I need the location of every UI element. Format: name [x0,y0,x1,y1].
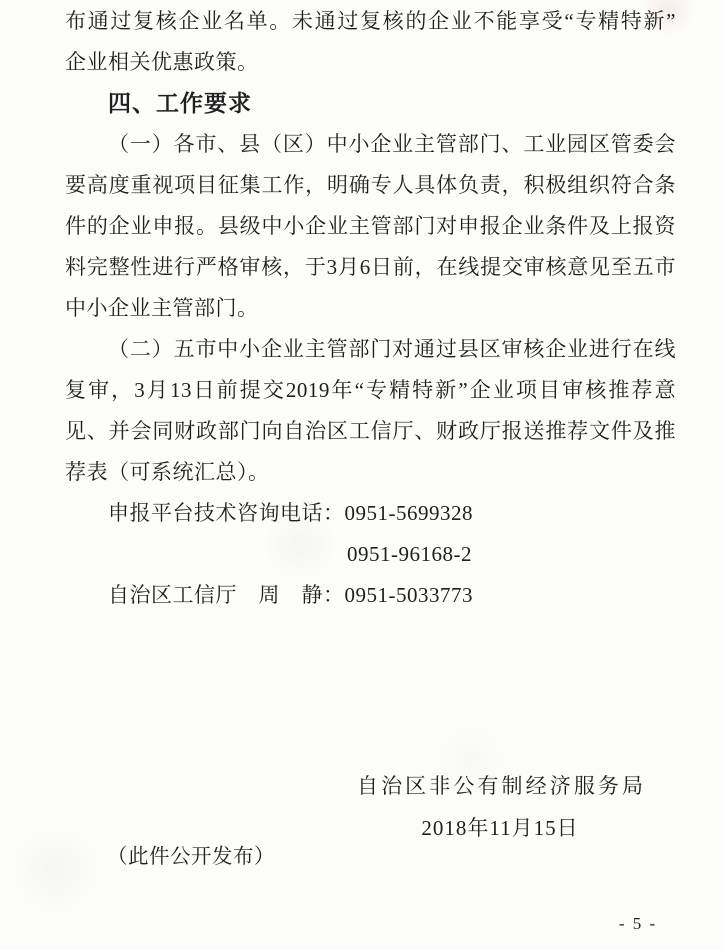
body-line: 复审，3月13日前提交2019年“专精特新”企业项目审核推荐意 [65,370,676,411]
body-line: （一）各市、县（区）中小企业主管部门、工业园区管委会 [65,124,676,165]
body-line: 要高度重视项目征集工作，明确专人具体负责，积极组织符合条 [65,165,676,206]
contact-person-phone-line: 自治区工信厅 周 静：0951-5033773 [65,575,676,616]
body-line: 中小企业主管部门。 [65,288,676,329]
issuing-organization: 自治区非公有制经济服务局 [357,772,643,800]
body-line: 见、并会同财政部门向自治区工信厅、财政厅报送推荐文件及推 [65,411,676,452]
public-release-note: （此件公开发布） [107,843,275,871]
body-line: （二）五市中小企业主管部门对通过县区审核企业进行在线 [65,329,676,370]
body-line: 企业相关优惠政策。 [65,42,676,83]
body-line: 布通过复核企业名单。未通过复核的企业不能享受“专精特新” [65,1,676,42]
page-number: - 5 - [598,912,678,936]
body-line: 荐表（可系统汇总）。 [65,452,676,493]
section-heading: 四、工作要求 [65,83,676,124]
document-body: 布通过复核企业名单。未通过复核的企业不能享受“专精特新” 企业相关优惠政策。 四… [65,1,676,616]
body-line: 料完整性进行严格审核，于3月6日前，在线提交审核意见至五市 [65,247,676,288]
issue-date: 2018年11月15日 [357,814,643,842]
tech-support-phone-line: 申报平台技术咨询电话：0951-5699328 [65,493,676,534]
tech-support-phone-line-2: 0951-96168-2 [65,534,676,575]
body-line: 件的企业申报。县级中小企业主管部门对申报企业条件及上报资 [65,206,676,247]
document-page: 布通过复核企业名单。未通过复核的企业不能享受“专精特新” 企业相关优惠政策。 四… [0,0,724,950]
